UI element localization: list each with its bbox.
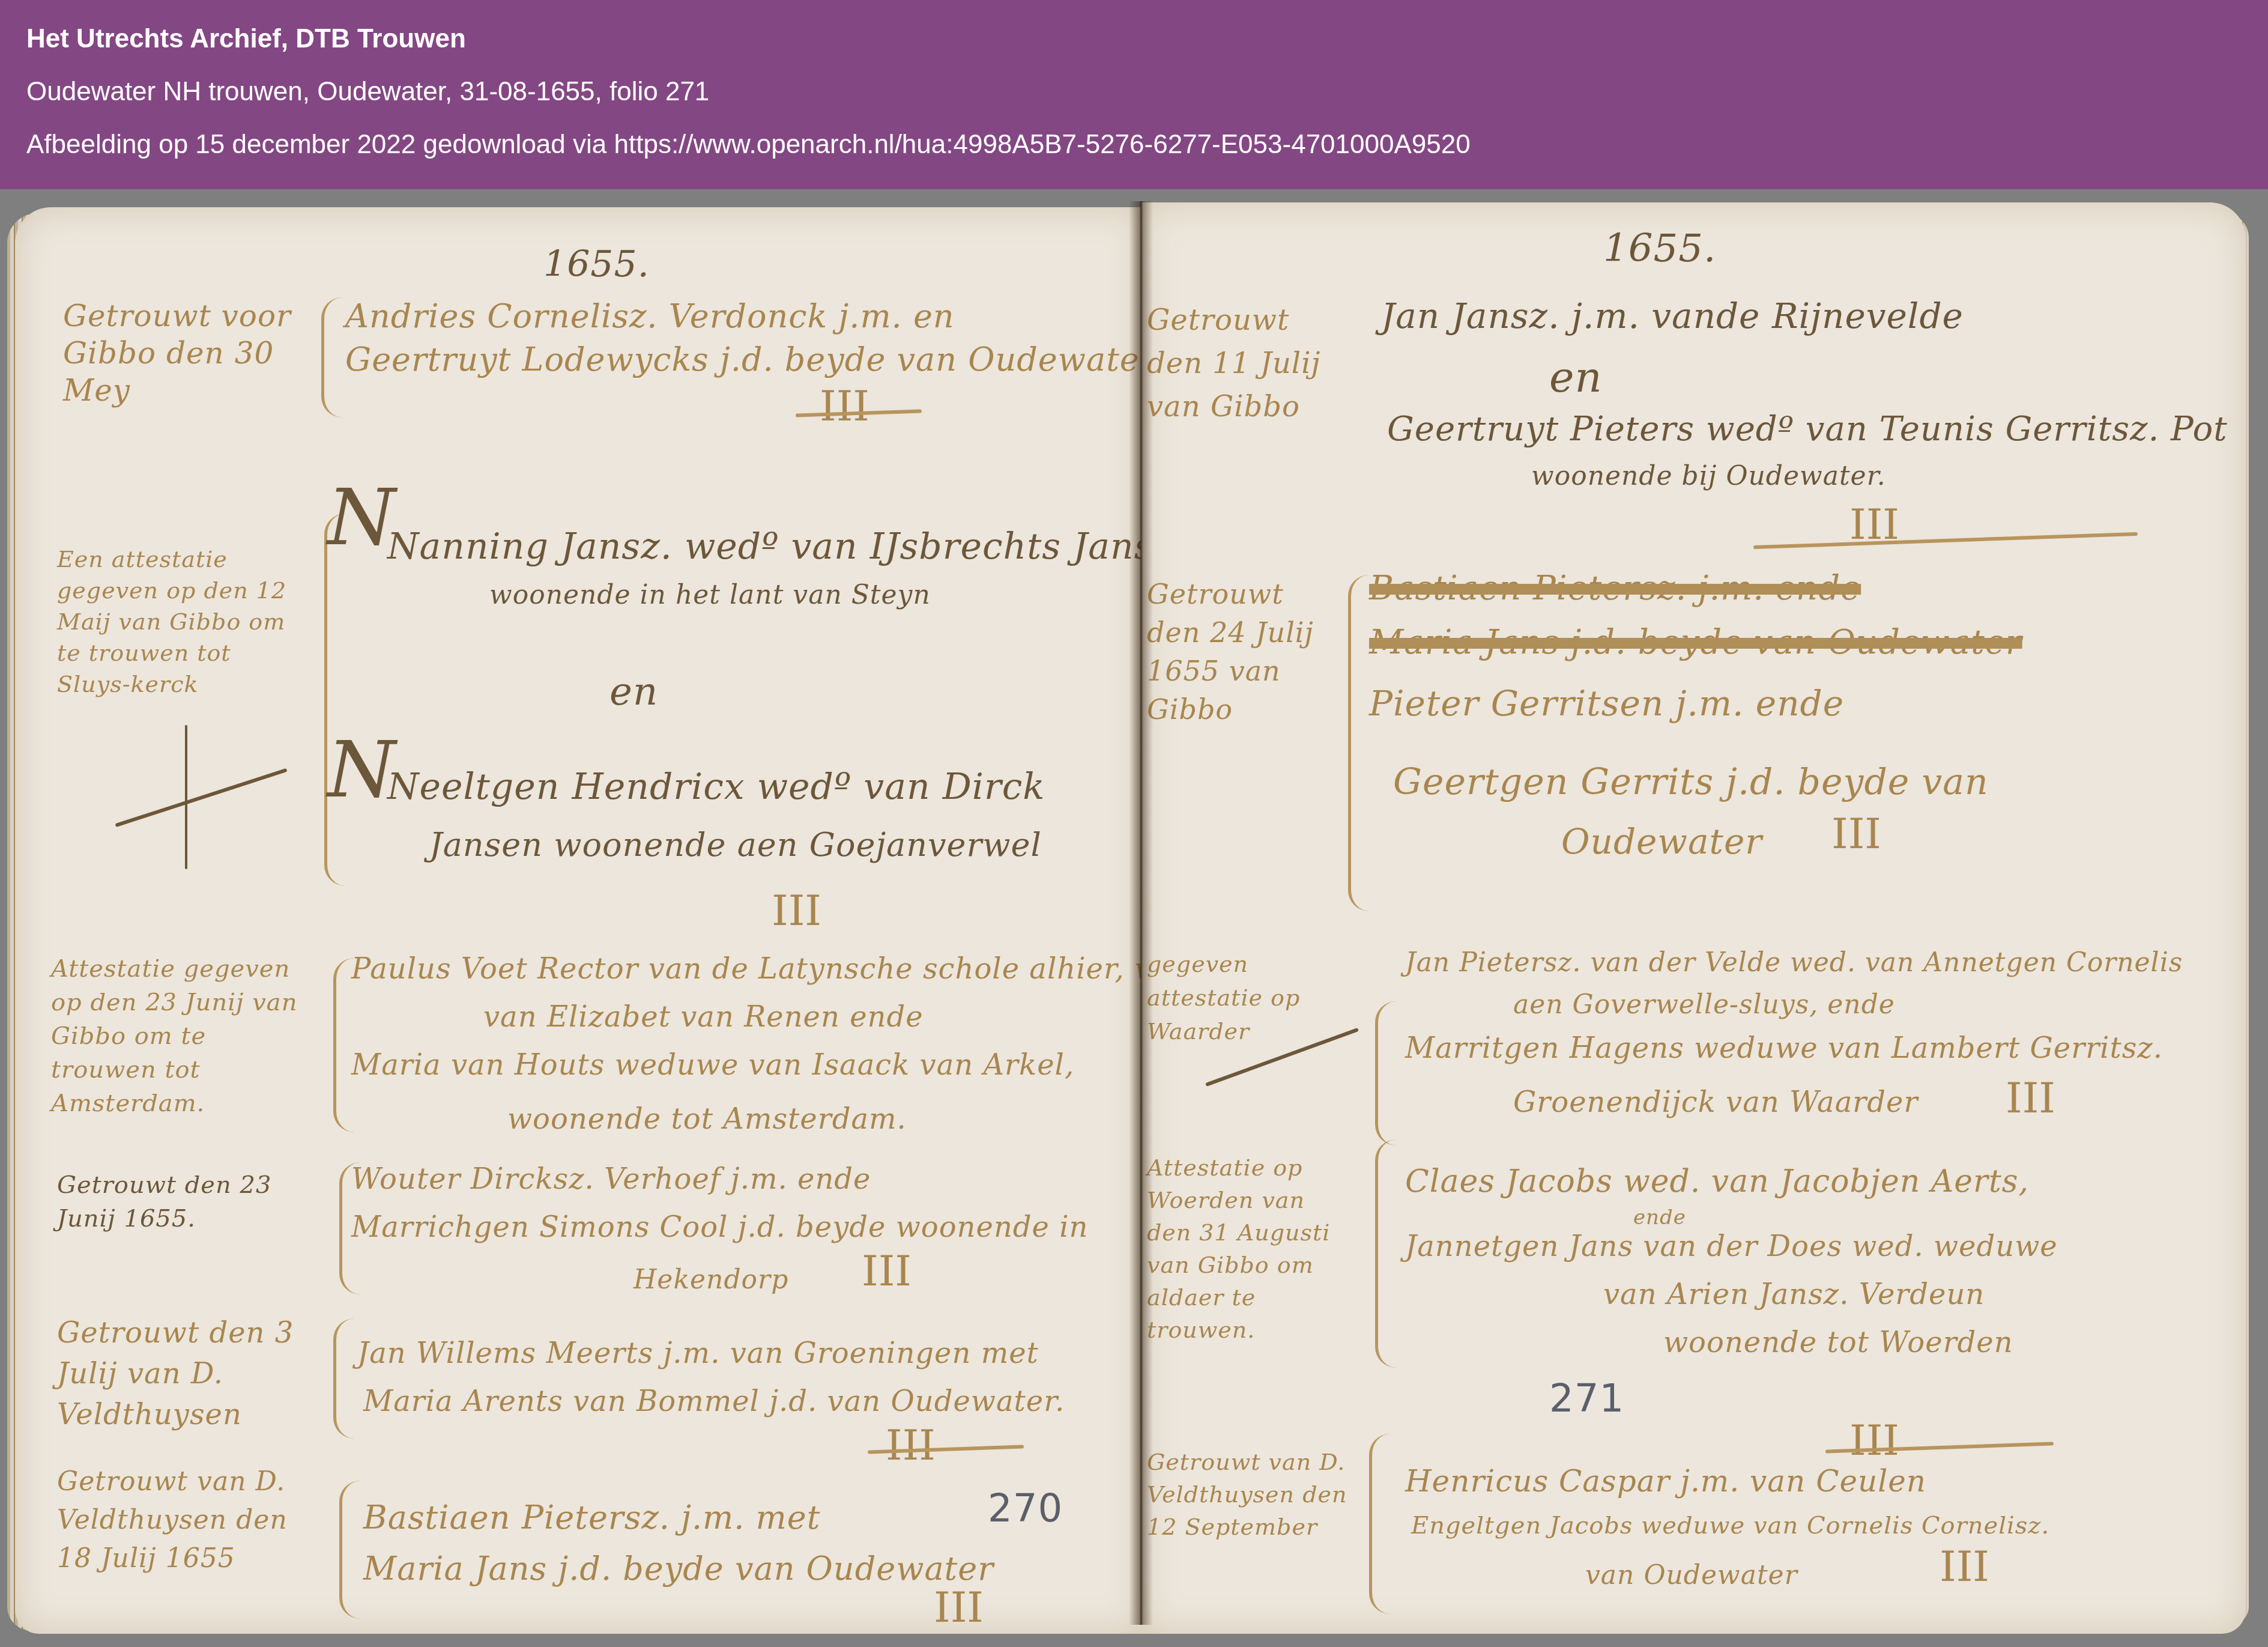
entry-line: Bastiaen Pietersz. j.m. met (363, 1499, 820, 1536)
brace (1348, 575, 1369, 911)
brace (324, 514, 345, 886)
entry-line: Andries Cornelisz. Verdonck j.m. en (345, 297, 955, 335)
margin-note: Attestatie gegeven op den 23 Junij van G… (51, 952, 309, 1120)
tally-mark: III (1849, 1416, 1899, 1465)
entry-line: Engeltgen Jacobs weduwe van Cornelis Cor… (1411, 1512, 2049, 1539)
entry-line: Jan Jansz. j.m. vande Rijnevelde (1381, 296, 1964, 336)
right-year-heading: 1655. (1603, 226, 1716, 271)
tally-mark: III (820, 381, 869, 431)
left-year-heading: 1655. (543, 243, 650, 285)
margin-note: Attestatie op Woerden van den 31 Augusti… (1147, 1151, 1357, 1346)
entry-line: Jan Pietersz. van der Velde wed. van Ann… (1405, 947, 2183, 978)
entry-line: Marrichgen Simons Cool j.d. beyde woonen… (351, 1210, 1089, 1244)
tally-mark: III (934, 1583, 984, 1632)
entry-line: Geertruyt Pieters wedº van Teunis Gerrit… (1387, 410, 2228, 449)
entry-line: van Arien Jansz. Verdeun (1603, 1278, 1985, 1311)
entry-line: Maria van Houts weduwe van Isaack van Ar… (351, 1048, 1074, 1082)
download-source: Afbeelding op 15 december 2022 gedownloa… (26, 130, 1471, 160)
entry-line: woonende tot Woerden (1663, 1326, 2013, 1359)
entry-line: Oudewater (1561, 821, 1762, 862)
tally-mark: III (1831, 809, 1881, 858)
brace (333, 1318, 354, 1439)
archive-title: Het Utrechts Archief, DTB Trouwen (26, 24, 466, 54)
entry-line: Groenendijck van Waarder (1513, 1085, 1918, 1119)
entry-line: Jansen woonende aen Goejanverwel (429, 826, 1042, 864)
tally-mark: III (886, 1421, 936, 1470)
entry-line: Nanning Jansz. wedº van IJsbrechts Jans (387, 526, 1153, 568)
register-book-scan: 1655. Getrouwt voor Gibbo den 30 Mey And… (0, 189, 2268, 1647)
entry-line: van Elizabet van Renen ende (483, 1000, 924, 1034)
cross-mark (115, 768, 287, 827)
brace (321, 297, 342, 417)
entry-line: van Oudewater (1585, 1560, 1798, 1591)
entry-line: woonende tot Amsterdam. (507, 1102, 907, 1136)
entry-line: Jannetgen Jans van der Does wed. weduwe (1405, 1230, 2058, 1263)
folio-number-270: 270 (988, 1487, 1063, 1531)
struck-entry-line: Maria Jans j.d. beyde van Oudewater (1369, 623, 2022, 662)
tally-mark: III (2006, 1073, 2055, 1123)
entry-line: Maria Arents van Bommel j.d. van Oudewat… (363, 1385, 1065, 1418)
cross-mark (185, 725, 187, 869)
margin-note: Getrouwt den 11 Julij van Gibbo (1147, 299, 1345, 428)
brace (1375, 1139, 1396, 1368)
margin-note: Getrouwt voor Gibbo den 30 Mey (63, 297, 315, 409)
entry-line: Geertgen Gerrits j.d. beyde van (1393, 761, 1989, 803)
entry-line: Marritgen Hagens weduwe van Lambert Gerr… (1405, 1031, 2163, 1065)
margin-note: Getrouwt den 24 Julij 1655 van Gibbo (1147, 575, 1345, 729)
struck-entry-line: Bastiaen Pietersz. j.m. ende (1369, 569, 1861, 608)
tally-mark: III (862, 1246, 912, 1296)
caption-banner: Het Utrechts Archief, DTB Trouwen Oudewa… (0, 0, 2268, 189)
brace (339, 1481, 360, 1619)
entry-line: Geertruyt Lodewycks j.d. beyde van Oudew… (345, 341, 1156, 378)
entry-line: en (1549, 353, 1603, 402)
book-gutter (1129, 201, 1153, 1625)
initial-N: N (327, 724, 396, 815)
initial-N: N (327, 472, 396, 563)
tally-mark: III (1940, 1542, 1989, 1591)
entry-line: Paulus Voet Rector van de Latynsche scho… (351, 952, 1206, 986)
margin-note: Een attestatie gegeven op den 12 Maij va… (57, 544, 309, 700)
entry-line: Jan Willems Meerts j.m. van Groeningen m… (357, 1336, 1039, 1370)
entry-line: Pieter Gerritsen j.m. ende (1369, 683, 1844, 724)
entry-line: Wouter Dircksz. Verhoef j.m. ende (351, 1162, 871, 1196)
margin-note: Getrouwt den 23 Junij 1655. (57, 1168, 297, 1236)
entry-line: Neeltgen Hendricx wedº van Dirck (387, 766, 1045, 808)
brace (1369, 1434, 1390, 1614)
margin-note: gegeven attestatie op Waarder (1147, 947, 1363, 1048)
tally-mark: III (772, 886, 821, 935)
entry-line: woonende in het lant van Steyn (489, 580, 931, 610)
left-page: 1655. Getrouwt voor Gibbo den 30 Mey And… (15, 207, 1144, 1634)
entry-line: Claes Jacobs wed. van Jacobjen Aerts, (1405, 1163, 2029, 1200)
entry-line: Henricus Caspar j.m. van Ceulen (1405, 1464, 1926, 1499)
entry-line: ende (1633, 1206, 1686, 1230)
margin-note: Getrouwt den 3 Julij van D. Veldthuysen (57, 1312, 297, 1435)
folio-number-271: 271 (1549, 1377, 1624, 1421)
margin-note: Getrouwt van D. Veldthuysen den 12 Septe… (1147, 1446, 1363, 1543)
entry-line: en (609, 670, 658, 714)
record-description: Oudewater NH trouwen, Oudewater, 31-08-1… (26, 77, 709, 107)
entry-line: aen Goverwelle-sluys, ende (1513, 989, 1895, 1020)
right-page: 1655. Getrouwt den 11 Julij van Gibbo Ja… (1141, 202, 2246, 1634)
entry-line: Maria Jans j.d. beyde van Oudewater (363, 1550, 994, 1588)
entry-line: woonende bij Oudewater. (1531, 461, 1886, 491)
margin-note: Getrouwt van D. Veldthuysen den 18 Julij… (57, 1463, 297, 1578)
entry-line: Hekendorp (634, 1264, 788, 1295)
underline-stroke (1753, 532, 2138, 549)
brace (1375, 1001, 1396, 1145)
